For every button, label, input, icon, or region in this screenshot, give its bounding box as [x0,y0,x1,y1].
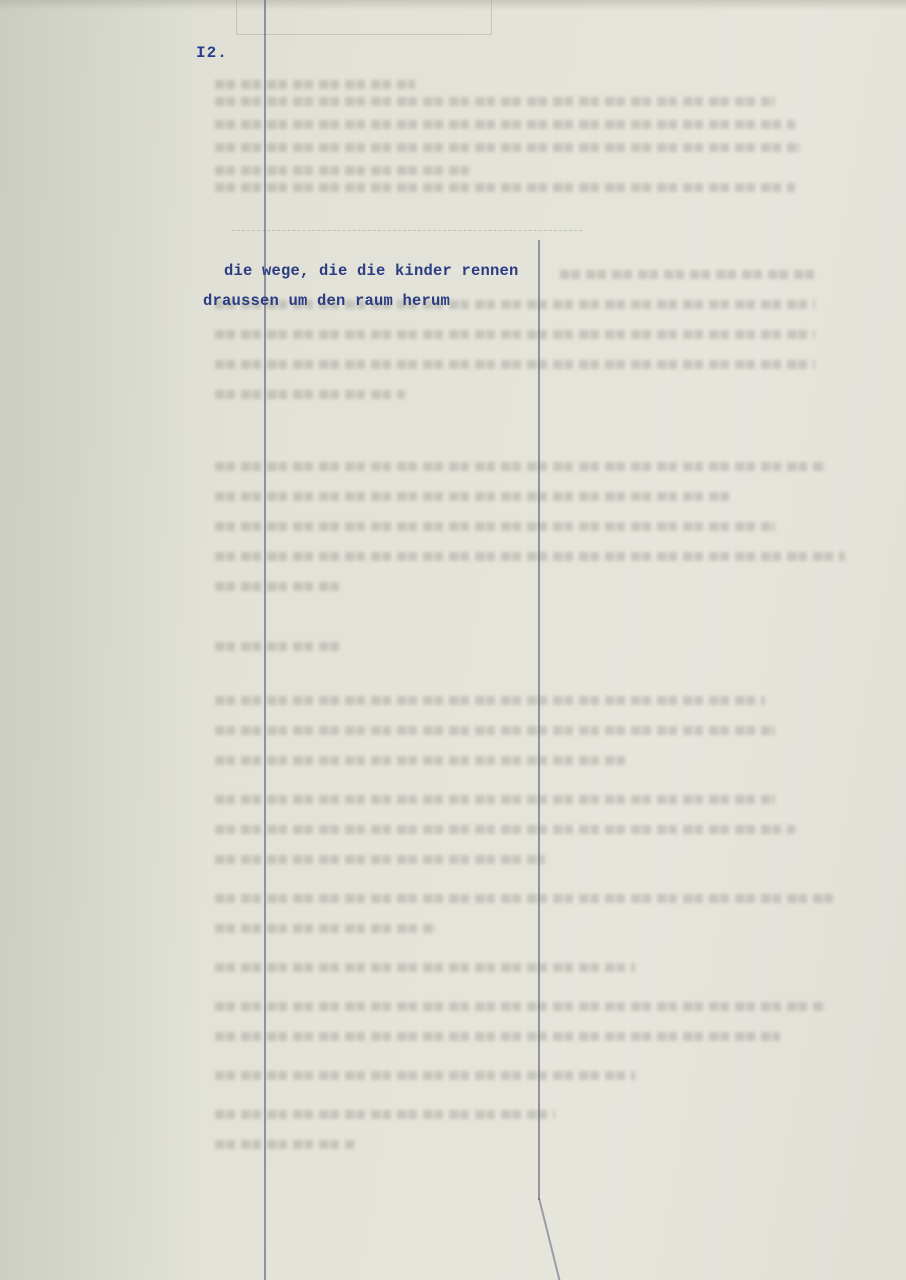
show-through-text-block-5 [215,642,345,673]
show-through-text-block-2 [560,270,820,300]
paper-shadow [0,0,200,1280]
pencil-margin-line-right [538,240,540,1200]
typewritten-page: I2. die wege, die die kinder rennen drau… [0,0,906,1280]
typed-line-1: die wege, die die kinder rennen [224,262,519,280]
show-through-text-block-3 [215,300,815,421]
show-through-text-block-4 [215,462,845,613]
typed-line-2: draussen um den raum herum [203,292,450,310]
page-number: I2. [196,44,228,62]
show-through-text-block-1 [215,80,800,214]
show-through-frame [236,0,492,35]
show-through-text-block-6 [215,696,835,1171]
pencil-margin-line-left [264,0,266,1280]
pencil-line-curve [538,1198,582,1280]
show-through-dashed-rule [232,230,582,231]
